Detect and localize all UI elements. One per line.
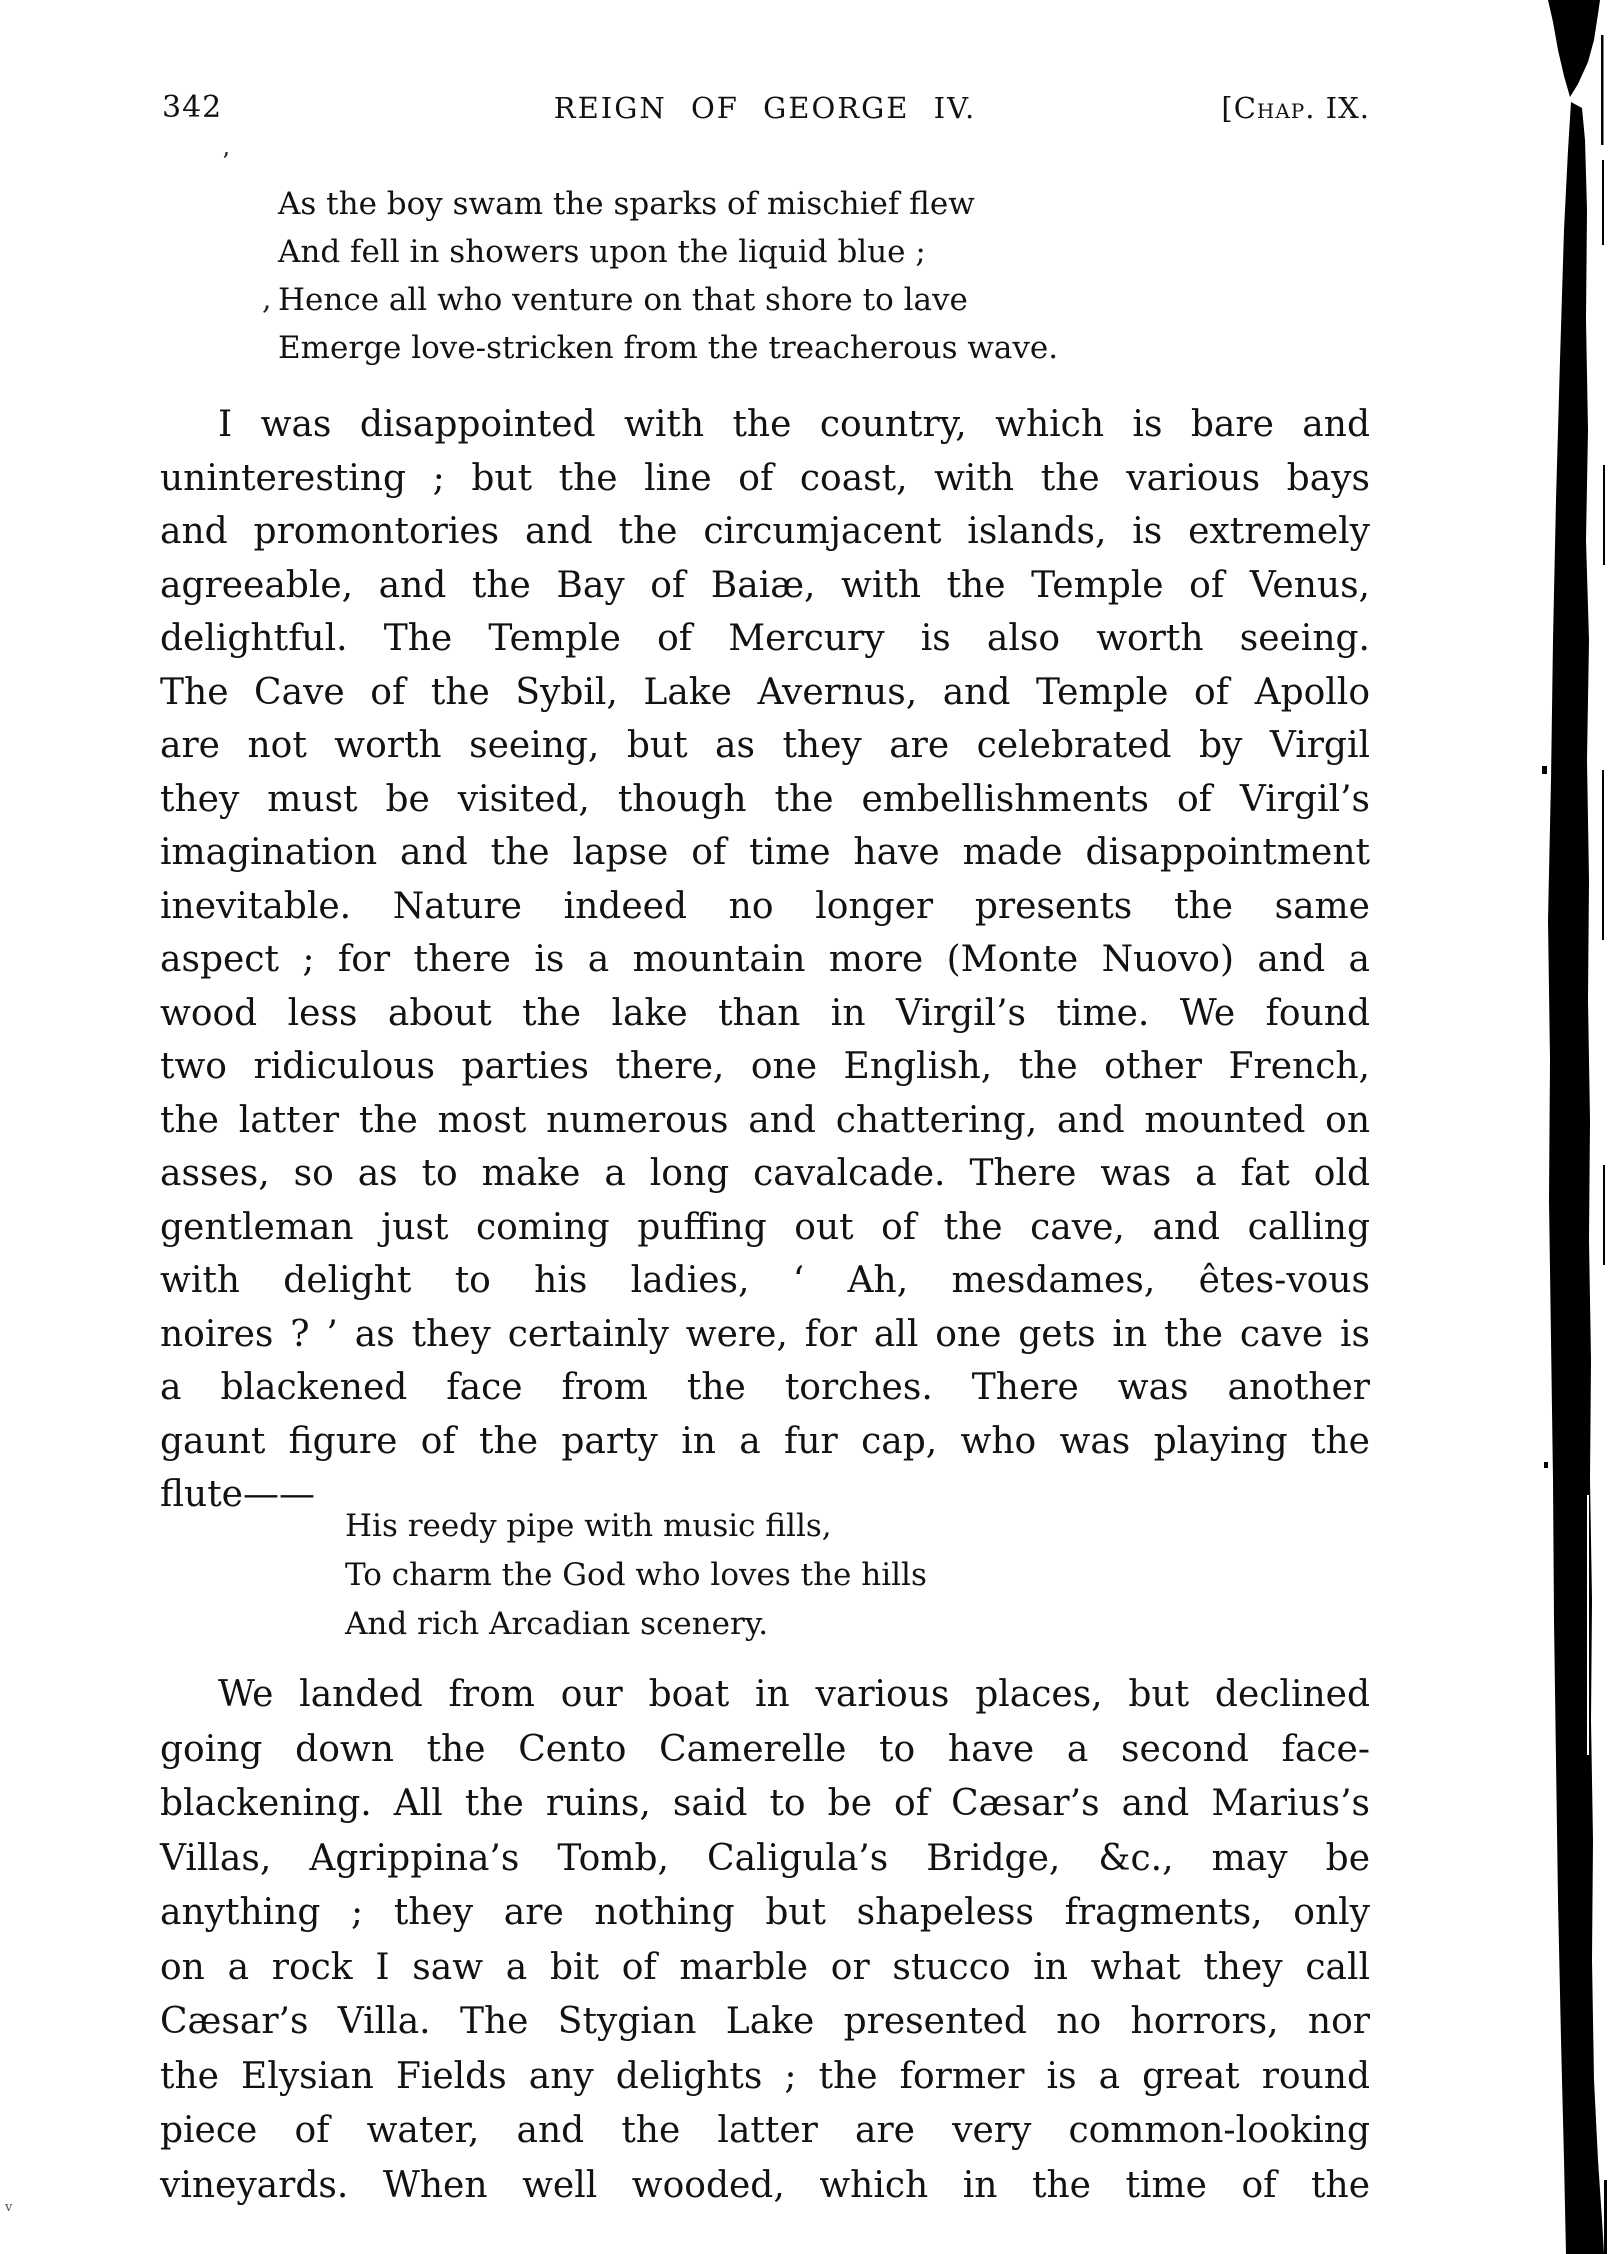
text-line: vineyards. When well wooded, which in th… (160, 2159, 1370, 2214)
text-line: going down the Cento Camerelle to have a… (160, 1723, 1370, 1778)
stray-ink-mark-bottom-left: v (5, 2200, 12, 2215)
text-line: imagination and the lapse of time have m… (160, 826, 1370, 880)
text-line: with delight to his ladies, ‘ Ah, mesdam… (160, 1254, 1370, 1308)
text-line: on a rock I saw a bit of marble or stucc… (160, 1941, 1370, 1996)
text-line: aspect ; for there is a mountain more (M… (160, 933, 1370, 987)
text-line: anything ; they are nothing but shapeles… (160, 1886, 1370, 1941)
chapter-label: [Chap. IX. (1221, 91, 1370, 125)
text-line: are not worth seeing, but as they are ce… (160, 719, 1370, 773)
text-line: Emerge love-stricken from the treacherou… (278, 324, 1370, 372)
text-line: As the boy swam the sparks of mischief f… (278, 180, 1370, 228)
text-line: two ridiculous parties there, one Englis… (160, 1040, 1370, 1094)
text-line: gentleman just coming puffing out of the… (160, 1201, 1370, 1255)
running-title: REIGN OF GEORGE IV. (160, 91, 1370, 125)
text-line: uninteresting ; but the line of coast, w… (160, 452, 1370, 506)
paragraph-1: I was disappointed with the country, whi… (160, 398, 1370, 1522)
text-line: delightful. The Temple of Mercury is als… (160, 612, 1370, 666)
text-line: I was disappointed with the country, whi… (160, 398, 1370, 452)
text-line: the Elysian Fields any delights ; the fo… (160, 2050, 1370, 2105)
text-line: blackening. All the ruins, said to be of… (160, 1777, 1370, 1832)
text-line: To charm the God who loves the hills (345, 1551, 1370, 1600)
text-line: And rich Arcadian scenery. (345, 1600, 1370, 1649)
text-line: piece of water, and the latter are very … (160, 2104, 1370, 2159)
binding-shadow-artifact (1530, 0, 1610, 2254)
text-line: the latter the most numerous and chatter… (160, 1094, 1370, 1148)
text-line: We landed from our boat in various place… (160, 1668, 1370, 1723)
verse-quote-2: His reedy pipe with music fills,To charm… (160, 1502, 1370, 1649)
text-line: Hence all who venture on that shore to l… (278, 276, 1370, 324)
text-line: and promontories and the circumjacent is… (160, 505, 1370, 559)
text-line: Cæsar’s Villa. The Stygian Lake presente… (160, 1995, 1370, 2050)
text-line: they must be visited, though the embelli… (160, 773, 1370, 827)
text-line: noires ? ’ as they certainly were, for a… (160, 1308, 1370, 1362)
stray-ink-mark-comma: , (262, 282, 272, 317)
paragraph-2: We landed from our boat in various place… (160, 1668, 1370, 2213)
text-line: And fell in showers upon the liquid blue… (278, 228, 1370, 276)
page-header: 342 REIGN OF GEORGE IV. [Chap. IX. (160, 90, 1370, 132)
text-line: wood less about the lake than in Virgil’… (160, 987, 1370, 1041)
text-line: inevitable. Nature indeed no longer pres… (160, 880, 1370, 934)
stray-ink-mark-apostrophe: ’ (222, 148, 230, 176)
text-line: a blackened face from the torches. There… (160, 1361, 1370, 1415)
text-line: asses, so as to make a long cavalcade. T… (160, 1147, 1370, 1201)
verse-quote-1: As the boy swam the sparks of mischief f… (160, 180, 1370, 372)
text-line: Villas, Agrippina’s Tomb, Caligula’s Bri… (160, 1832, 1370, 1887)
text-line: agreeable, and the Bay of Baiæ, with the… (160, 559, 1370, 613)
text-line: gaunt figure of the party in a fur cap, … (160, 1415, 1370, 1469)
text-line: The Cave of the Sybil, Lake Avernus, and… (160, 666, 1370, 720)
text-line: His reedy pipe with music fills, (345, 1502, 1370, 1551)
book-page-scan: 342 REIGN OF GEORGE IV. [Chap. IX. As th… (0, 0, 1610, 2254)
